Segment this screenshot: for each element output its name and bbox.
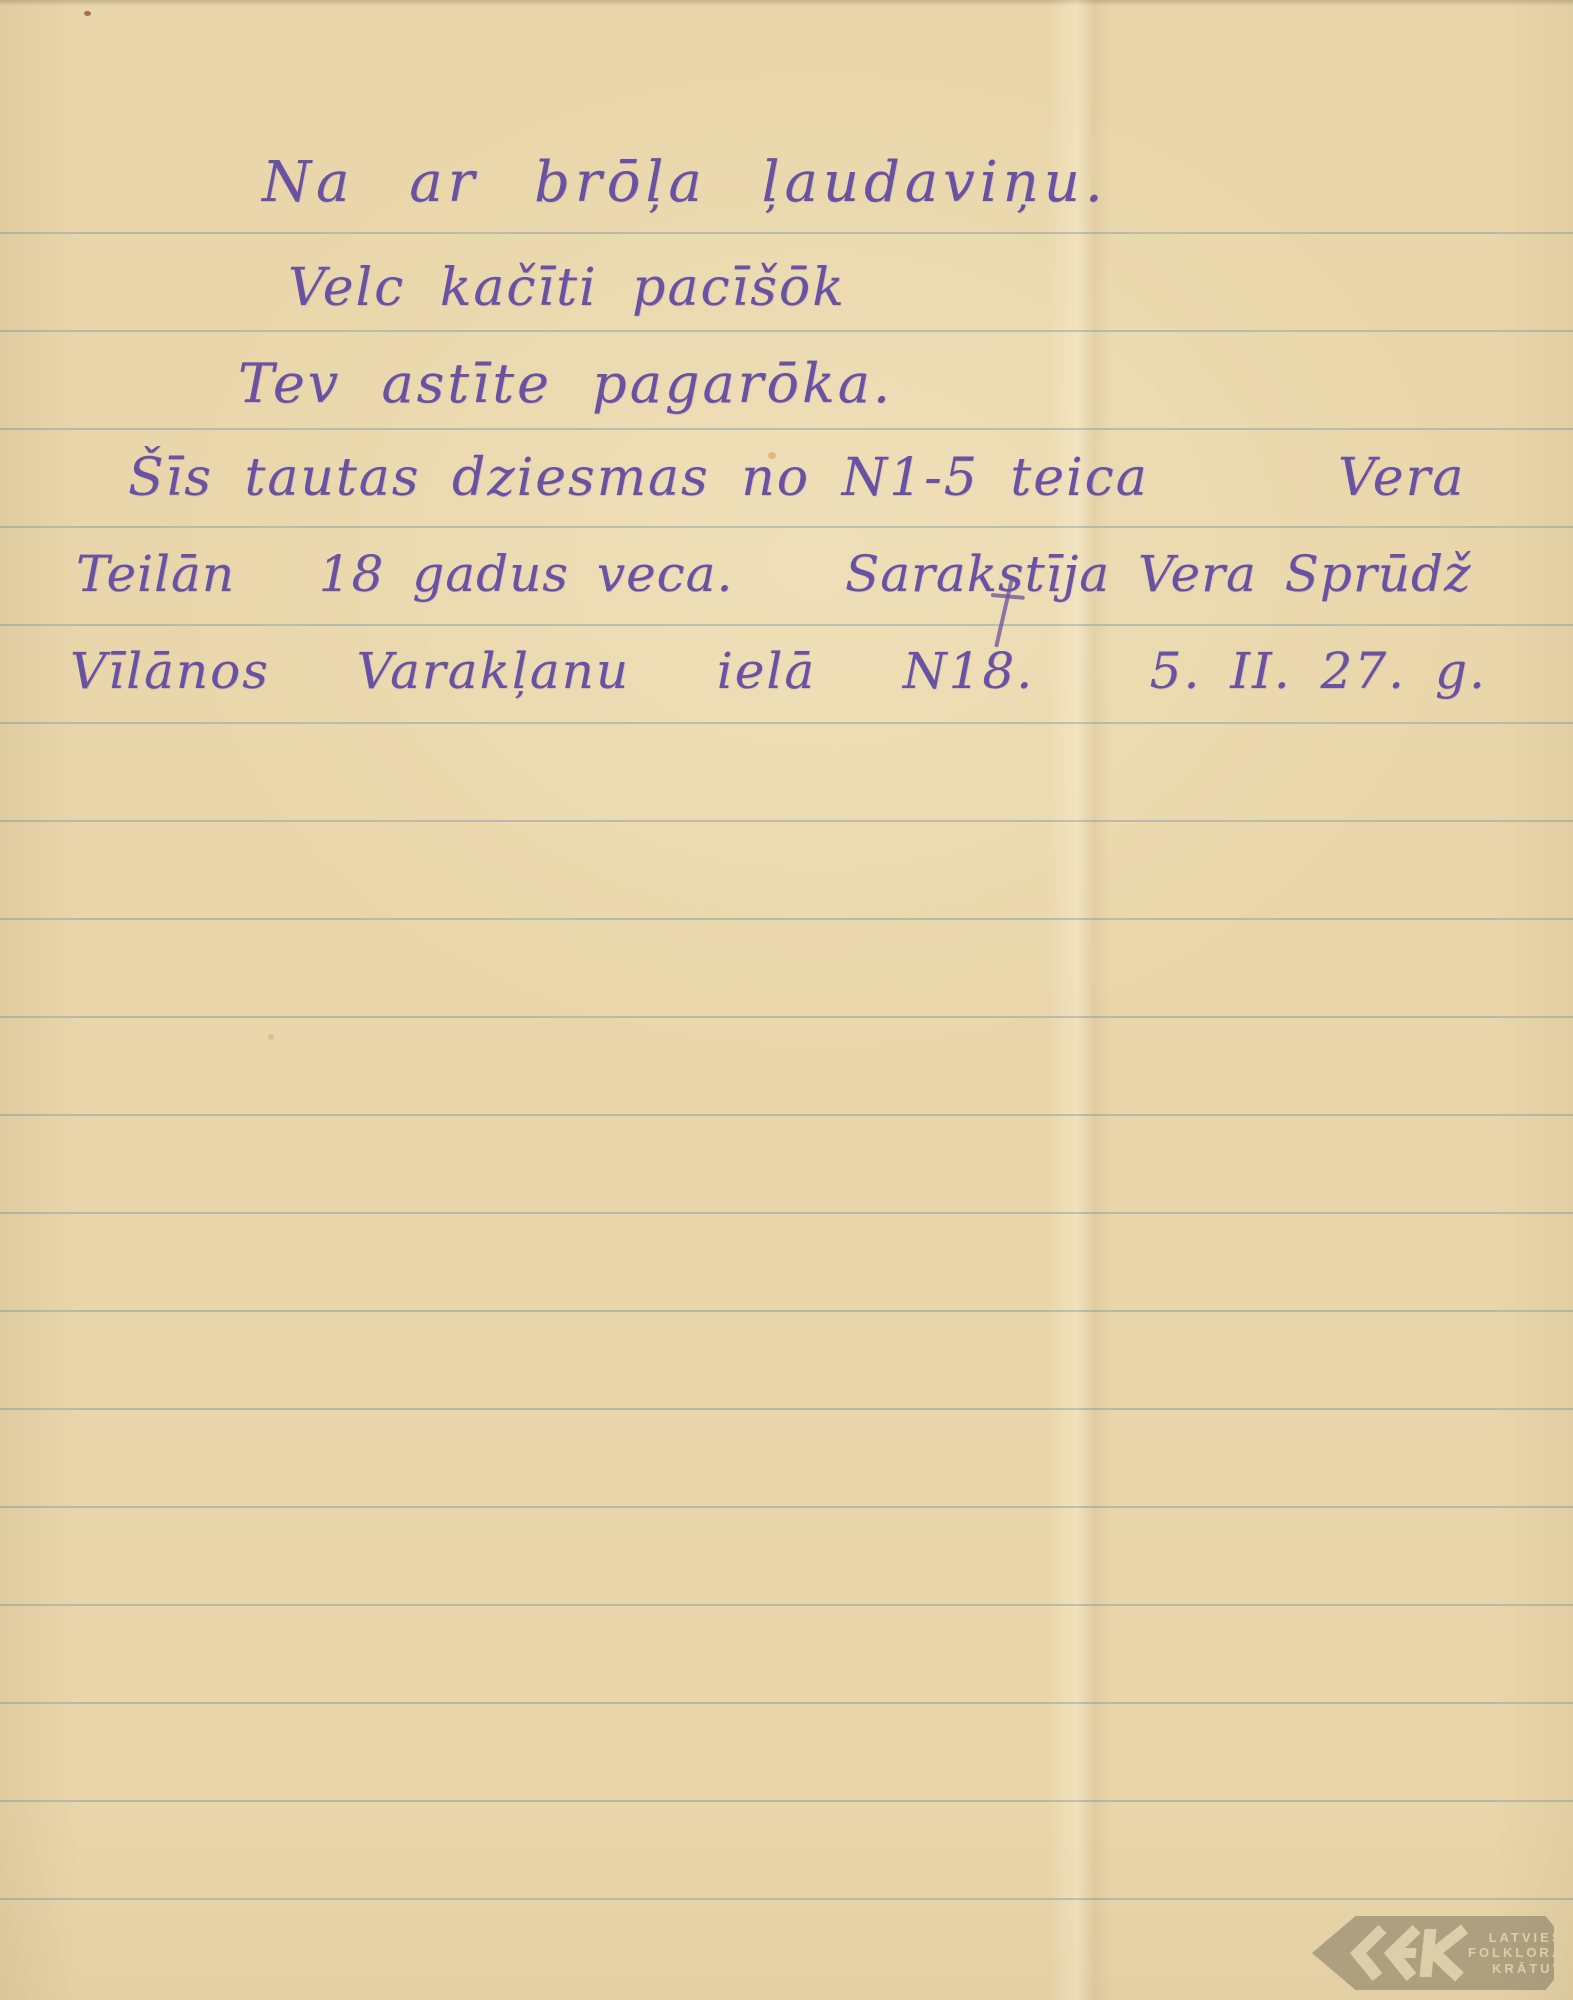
ruled-line <box>0 918 1573 920</box>
ruled-line <box>0 1310 1573 1312</box>
ruled-line <box>0 1898 1573 1900</box>
handwritten-line-4: Šīs tautas dziesmas no N1-5 teica Vera <box>128 448 1465 508</box>
ruled-line <box>0 1604 1573 1606</box>
handwritten-line-2: Velc kačīti pacīšōk <box>288 258 846 318</box>
ruled-line <box>0 624 1573 626</box>
page-fold-highlight <box>1048 0 1112 2000</box>
ruled-line <box>0 1800 1573 1802</box>
ruled-line <box>0 1408 1573 1410</box>
ruled-line <box>0 330 1573 332</box>
ruled-line <box>0 1114 1573 1116</box>
ruled-line <box>0 722 1573 724</box>
ruled-line <box>0 1212 1573 1214</box>
archive-name-line: FOLKLORAS <box>1468 1945 1573 1961</box>
ruled-line <box>0 1016 1573 1018</box>
scan-top-edge <box>0 0 1573 6</box>
ruled-line <box>0 526 1573 528</box>
lfk-archive-watermark: LATVIEŠU FOLKLORAS KRĀTUVE <box>1312 1916 1554 1990</box>
ruled-line <box>0 1506 1573 1508</box>
ruled-line <box>0 820 1573 822</box>
archive-name-line: KRĀTUVE <box>1468 1961 1573 1977</box>
archive-name-line: LATVIEŠU <box>1468 1930 1573 1946</box>
handwritten-line-6: Vīlānos Varakļanu ielā N18. 5. II. 27. g… <box>70 642 1487 700</box>
ruled-line <box>0 428 1573 430</box>
paper-speck <box>268 1034 274 1040</box>
paper-speck <box>84 11 91 16</box>
lfk-logo-icon <box>1347 1924 1471 1982</box>
ruled-line <box>0 1702 1573 1704</box>
archive-name: LATVIEŠU FOLKLORAS KRĀTUVE <box>1468 1930 1573 1977</box>
manuscript-page: { "page": { "kind": "handwritten noteboo… <box>0 0 1573 2000</box>
ruled-line <box>0 232 1573 234</box>
handwritten-line-3: Tev astīte pagarōka. <box>238 352 893 415</box>
handwritten-line-5: Teilān 18 gadus veca. Sarakstīja Vera Sp… <box>76 545 1471 603</box>
handwritten-line-1: Na ar brōļa ļaudaviņu. <box>262 150 1108 215</box>
